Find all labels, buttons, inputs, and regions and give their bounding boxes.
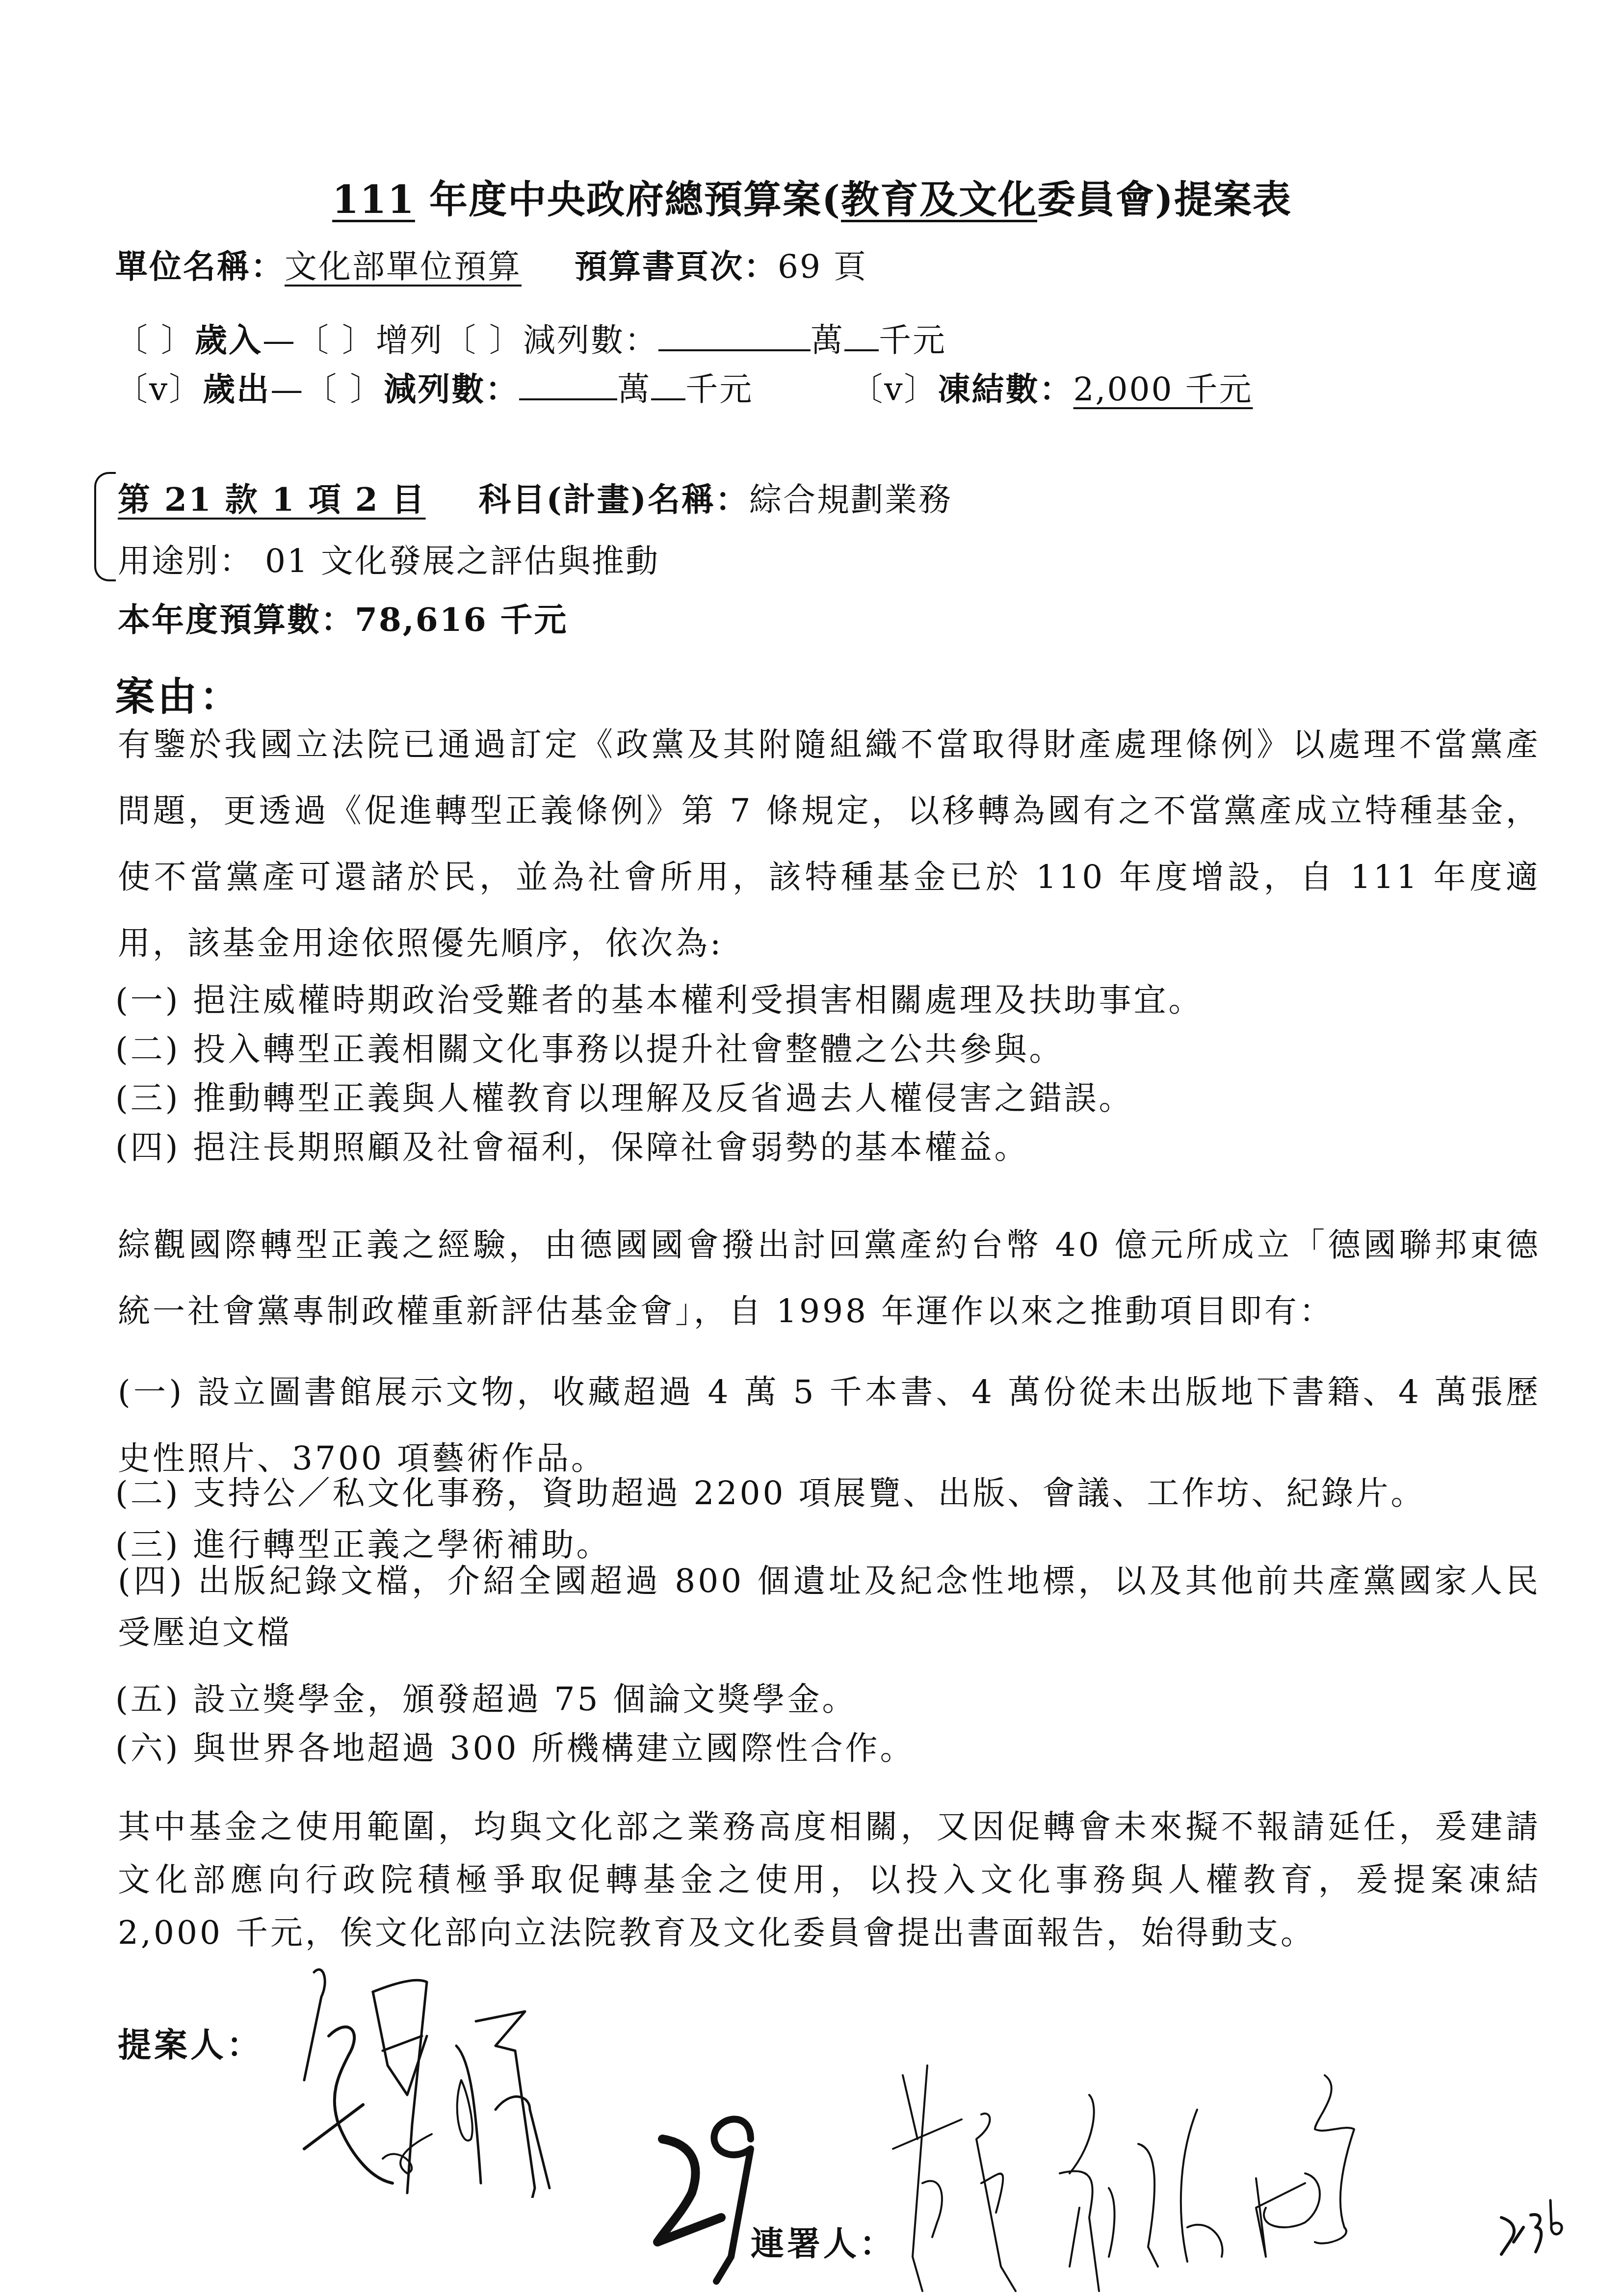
page-value: 69 頁: [778, 248, 867, 286]
item-bracket: [94, 472, 116, 581]
qianyuan-unit: 千元: [879, 321, 946, 359]
dash: —: [270, 370, 304, 408]
fund-use-item: (一) 挹注威權時期政治受難者的基本權利受損害相關處理及扶助事宜。: [115, 974, 1203, 1020]
fund-use-item: (四) 挹注長期照顧及社會福利，保障社會弱勢的基本權益。: [115, 1121, 1029, 1168]
reason-conclusion: 其中基金之使用範圍，均與文化部之業務高度相關，又因促轉會未來擬不報請延任，爰建請…: [118, 1800, 1541, 1959]
title-middle: 年度中央政府總預算案(: [415, 178, 841, 222]
fund-use-item: (三) 推動轉型正義與人權教育以理解及反省過去人權侵害之錯誤。: [115, 1072, 1133, 1119]
expenditure-label: 歲出: [203, 370, 270, 408]
handwritten-number-29: [653, 2095, 770, 2291]
revenue-line: 〔 〕歲入—〔 〕增列〔 〕減列數：萬千元: [115, 314, 946, 361]
budget-label: 本年度預算數：: [118, 600, 355, 639]
revenue-checkbox: 〔 〕: [115, 321, 195, 359]
qianyuan-unit: 千元: [685, 370, 753, 408]
use-label: 用途別：: [118, 542, 253, 580]
amount-blank: [651, 369, 685, 400]
unit-label: 單位名稱：: [115, 247, 285, 286]
expenditure-line: 〔v〕歲出—〔 〕減列數：萬千元 〔v〕凍結數：2,000 千元: [115, 363, 1253, 410]
freeze-checkbox: 〔v〕: [850, 370, 938, 408]
unit-value: 文化部單位預算: [285, 248, 522, 286]
decrease-checkbox: 〔 〕: [304, 370, 384, 408]
budget-line: 本年度預算數：78,616 千元: [118, 594, 568, 640]
page-label: 預算書頁次：: [575, 247, 778, 286]
item-code-line: 第 21 款 1 項 2 目 科目(計畫)名稱：綜合規劃業務: [118, 473, 952, 520]
germany-intro: 綜觀國際轉型正義之經驗，由德國國會撥出討回黨產約台幣 40 億元所成立「德國聯邦…: [118, 1212, 1541, 1344]
germany-item: (六) 與世界各地超過 300 所機構建立國際性合作。: [115, 1722, 915, 1769]
increase-checkbox: 〔 〕: [296, 321, 376, 359]
handwritten-note-236: [1496, 2198, 1575, 2267]
proposer-label: 提案人：: [118, 2019, 263, 2066]
decrease-label: 減列數：: [523, 321, 658, 359]
freeze-label: 凍結數：: [938, 370, 1074, 408]
reason-intro: 有鑒於我國立法院已通過訂定《政黨及其附隨組織不當取得財產處理條例》以處理不當黨產…: [118, 711, 1541, 976]
increase-label: 增列: [376, 321, 444, 359]
germany-item: (二) 支持公／私文化事務，資助超過 2200 項展覽、出版、會議、工作坊、紀錄…: [115, 1467, 1425, 1513]
budget-value: 78,616 千元: [355, 600, 568, 639]
amount-blank: [658, 320, 811, 351]
cosigner-signatures: [883, 2061, 1570, 2296]
title-committee: 教育及文化: [841, 178, 1037, 222]
amount-blank: [844, 320, 879, 351]
freeze-value: 2,000 千元: [1074, 370, 1253, 408]
subject-value: 綜合規劃業務: [749, 481, 952, 519]
cosigner-label: 連署人：: [751, 2218, 896, 2265]
title-year: 111: [332, 178, 415, 222]
subject-label: 科目(計畫)名稱：: [479, 480, 749, 519]
decrease-label: 減列數：: [384, 370, 519, 408]
fund-use-item: (二) 投入轉型正義相關文化事務以提升社會整體之公共參與。: [115, 1023, 1064, 1070]
germany-item: (五) 設立獎學金，頒發超過 75 個論文獎學金。: [115, 1673, 857, 1720]
proposer-signature: [294, 1962, 638, 2198]
item-code: 第 21 款 1 項 2 目: [118, 480, 426, 519]
dash: —: [262, 321, 296, 359]
revenue-label: 歲入: [195, 321, 262, 359]
use-line: 用途別： 01 文化發展之評估與推動: [118, 535, 659, 581]
document-title: 111 年度中央政府總預算案(教育及文化委員會)提案表: [0, 169, 1624, 224]
expenditure-checkbox: 〔v〕: [115, 370, 203, 408]
use-value: 01 文化發展之評估與推動: [253, 542, 659, 580]
wan-unit: 萬: [811, 321, 844, 359]
title-end: 委員會)提案表: [1037, 178, 1292, 222]
amount-blank: [519, 369, 617, 400]
wan-unit: 萬: [617, 370, 651, 408]
decrease-checkbox: 〔 〕: [444, 321, 523, 359]
unit-line: 單位名稱：文化部單位預算 預算書頁次：69 頁: [115, 240, 867, 287]
germany-item: (四) 出版紀錄文檔，介紹全國超過 800 個遺址及紀念性地標，以及其他前共產黨…: [118, 1555, 1541, 1658]
